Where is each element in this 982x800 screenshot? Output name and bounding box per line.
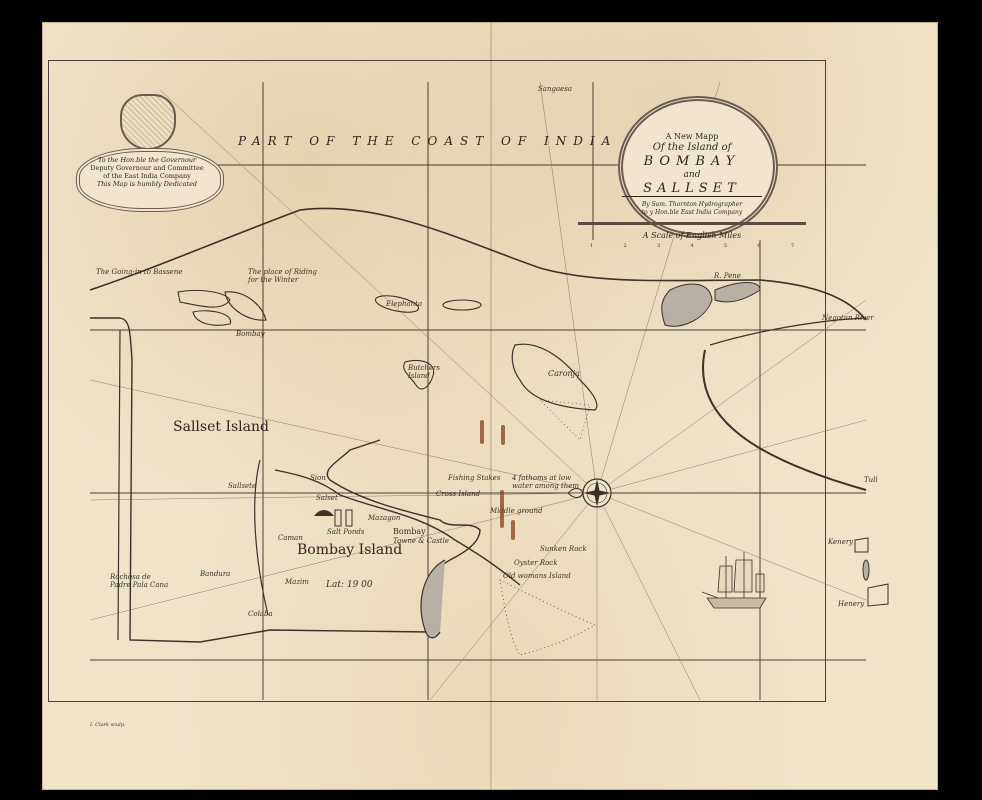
label-henery: Henery xyxy=(838,600,864,608)
label-latitude: Lat: 19 00 xyxy=(326,580,373,590)
label-mazagon: Mazagon xyxy=(368,514,400,522)
ink-stain xyxy=(500,490,504,528)
author-line-2: to y Hon.ble East India Company xyxy=(578,209,806,216)
title-bombay: BOMBAY xyxy=(578,154,806,169)
label-fishing-stakes: Fishing Stakes xyxy=(448,474,500,482)
author-line-1: By Sam. Thornton Hydrographer xyxy=(578,201,806,208)
label-sangaesa: Sangaesa xyxy=(538,85,572,93)
label-tull: Tull xyxy=(864,476,878,484)
label-oyster-rock: Oyster Rock xyxy=(514,559,557,567)
label-colaba: Colaba xyxy=(248,610,273,618)
dedication-line-3: of the East India Company xyxy=(72,172,222,180)
title-and: and xyxy=(578,170,806,180)
ink-stain xyxy=(501,425,505,445)
region-title: PART OF THE COAST OF INDIA xyxy=(238,134,617,148)
label-old-womans-island: Old womans Island xyxy=(503,572,571,580)
scale-tick: 5 xyxy=(724,243,727,249)
label-salset: Salset xyxy=(316,494,338,502)
label-sunken-rock: Sunken Rock xyxy=(540,545,587,553)
label-bombay-north: Bombay xyxy=(236,330,265,338)
ink-stain xyxy=(480,420,484,444)
coat-of-arms-icon xyxy=(120,94,176,150)
scale-bar: A Scale of English Miles 1 2 3 4 5 6 7 xyxy=(578,222,806,255)
label-fathoms-note: 4 fathoms at low water among them xyxy=(512,474,582,490)
label-butchers-island: Butchers Island xyxy=(408,364,438,380)
label-rochosa: Rochosa de Padre Pala Cana xyxy=(110,573,170,589)
dedication-line-2: Deputy Governour and Committee xyxy=(72,164,222,172)
label-place-of-riding: The place of Riding for the Winter xyxy=(248,268,328,284)
label-caranja: Caronja xyxy=(548,369,580,378)
label-kenery: Kenery xyxy=(828,538,853,546)
scale-tick: 6 xyxy=(757,243,760,249)
label-sion: Sion xyxy=(310,474,326,482)
label-bombay-island: Bombay Island xyxy=(297,542,402,558)
label-sallset-island: Sallset Island xyxy=(173,419,269,435)
dedication-line-4: This Map is humbly Dedicated xyxy=(72,180,222,188)
title-sallset: SALLSET xyxy=(622,181,762,197)
label-bombay-town: Bombay xyxy=(393,527,426,536)
scale-tick: 4 xyxy=(690,243,693,249)
label-middle-ground: Middle ground xyxy=(490,507,543,515)
scale-title: A Scale of English Miles xyxy=(578,231,806,240)
label-cross-island: Cross Island xyxy=(436,490,480,498)
sailing-ship-icon xyxy=(702,552,772,614)
title-cartouche: A New Mapp Of the Island of BOMBAY and S… xyxy=(578,68,806,238)
scale-tick: 1 xyxy=(590,243,593,249)
scale-tick: 7 xyxy=(791,243,794,249)
label-mazim: Mazim xyxy=(285,578,309,586)
label-caman: Caman xyxy=(278,534,303,542)
dedication-line-1: To the Hon.ble the Governour xyxy=(72,156,222,164)
label-bandura: Bandura xyxy=(200,570,230,578)
label-sallsete: Sallsete xyxy=(228,482,256,490)
label-salt-ponds: Salt Ponds xyxy=(327,528,364,536)
engraver-credit: I. Clark sculp. xyxy=(90,722,126,728)
label-town-castle: Towne & Castle xyxy=(393,537,449,545)
scale-tick: 3 xyxy=(657,243,660,249)
dedication-cartouche: To the Hon.ble the Governour Deputy Gove… xyxy=(72,90,222,210)
label-r-pene: R. Pene xyxy=(714,272,741,280)
label-going-to-bassene: The Going-in to Bassene xyxy=(96,268,182,276)
ink-stain xyxy=(511,520,515,540)
scale-ticks: 1 2 3 4 5 6 7 xyxy=(590,243,794,249)
label-negotan-river: Negotan River xyxy=(822,314,874,322)
scale-tick: 2 xyxy=(623,243,626,249)
label-elephanta: Elephanta xyxy=(386,300,422,308)
